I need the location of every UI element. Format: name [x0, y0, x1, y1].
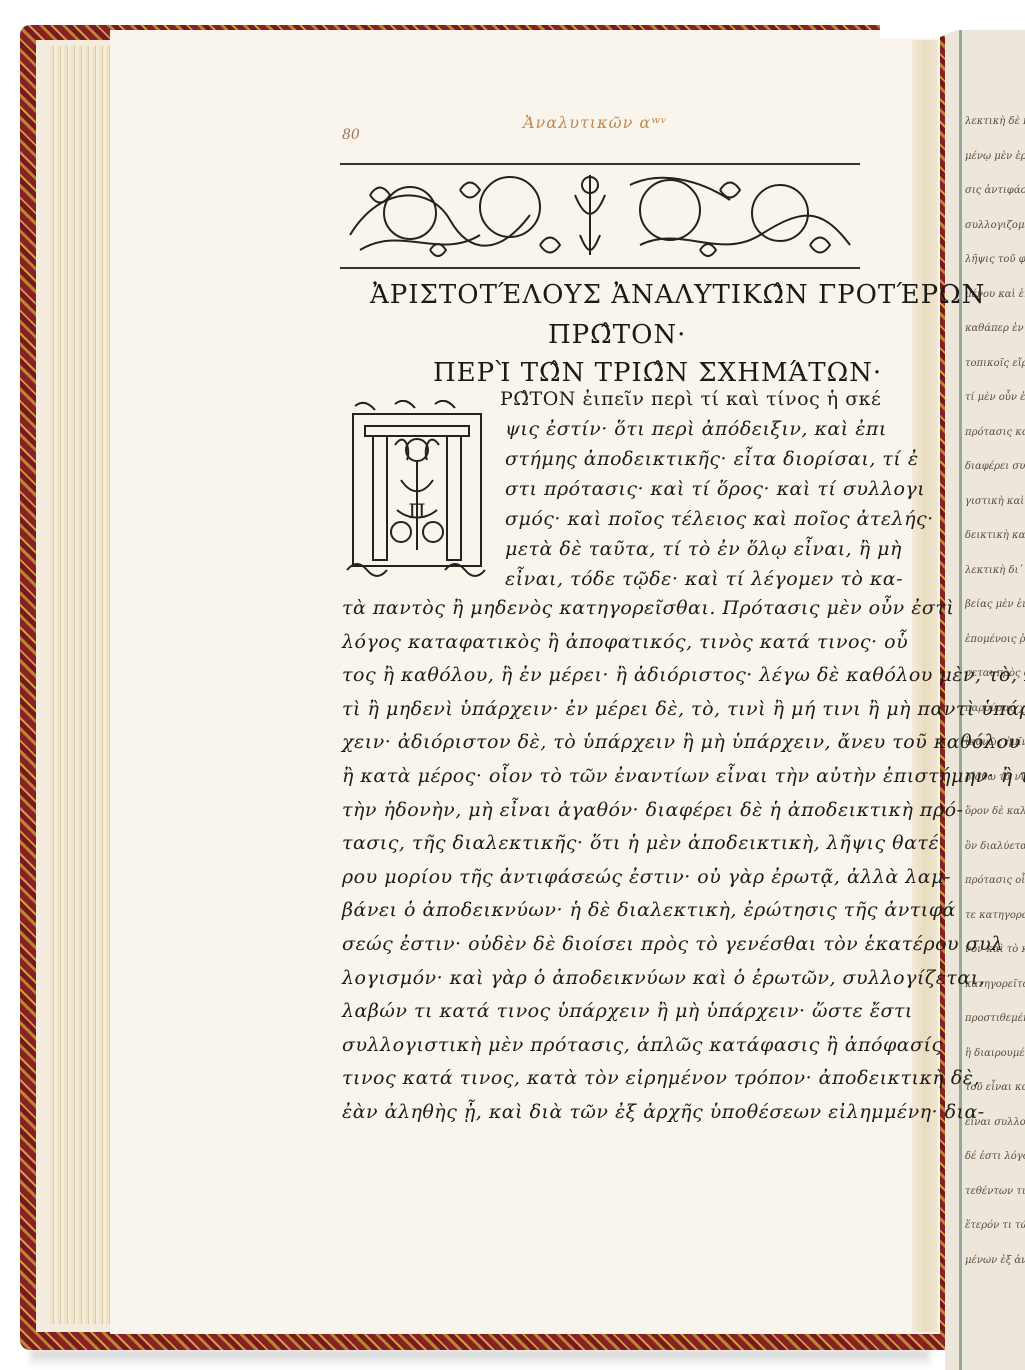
manuscript-line: πρότασις καὶ τί	[965, 416, 1025, 451]
running-head-annotation: Ἀναλυτικῶν αʷᵛ	[523, 113, 668, 132]
text-line-beside-initial: στήμης ἀποδεικτικῆς· εἶτα διορίσαι, τί ἐ	[505, 448, 919, 470]
text-line: τὶ ἢ μηδενὶ ὑπάρχειν· ἐν μέρει δὲ, τὸ, τ…	[342, 698, 1025, 720]
manuscript-line: τεθέντων τινῶν	[965, 1175, 1025, 1210]
title-line-3: ΠΕΡῚ ΤΩ̂Ν ΤΡΙΩ̂Ν ΣΧΗΜΆΤΩΝ·	[433, 358, 882, 388]
text-line: λαβών τι κατά τινος ὑπάρχειν ἢ μὴ ὑπάρχε…	[342, 1000, 913, 1022]
manuscript-line: ὅρον δὲ καλῶ εἰς	[965, 795, 1025, 830]
text-line-beside-initial: μετὰ δὲ ταῦτα, τί τὸ ἐν ὅλῳ εἶναι, ἢ μὴ	[505, 538, 902, 560]
text-line-beside-initial: σμός· καὶ ποῖος τέλειος καὶ ποῖος ἀτελής…	[505, 508, 934, 530]
decorated-initial-cherub-icon: Π	[345, 400, 493, 582]
svg-text:Π: Π	[408, 499, 425, 523]
manuscript-line: σις ἀντιφάσεως	[965, 174, 1025, 209]
text-line: συλλογιστικὴ μὲν πρότασις, ἁπλῶς κατάφασ…	[342, 1034, 943, 1056]
manuscript-line: ἑπομένοις ῥηθή	[965, 623, 1025, 658]
page-number: 80	[342, 127, 360, 143]
title-line-2: ΠΡΩ̂ΤΟΝ·	[548, 320, 686, 350]
manuscript-line: μένων ἐξ ἀνάγκης	[965, 1244, 1025, 1279]
manuscript-line: λῆψις τοῦ φαινο	[965, 243, 1025, 278]
manuscript-line: μένῳ μὲν ἐρώτη	[965, 140, 1025, 175]
text-line-beside-initial: εἶναι, τόδε τῷδε· καὶ τί λέγομεν τὸ κα-	[505, 568, 903, 590]
manuscript-line: βείας μὲν ἐν τοῖς	[965, 588, 1025, 623]
text-line: ἐὰν ἀληθὴς ᾖ, καὶ διὰ τῶν ἐξ ἀρχῆς ὑποθέ…	[342, 1101, 985, 1123]
text-line: χειν· ἀδιόριστον δὲ, τὸ ὑπάρχειν ἢ μὴ ὑπ…	[342, 731, 1021, 753]
text-line: ρου μορίου τῆς ἀντιφάσεώς ἐστιν· οὐ γὰρ …	[342, 866, 951, 888]
manuscript-line: καθάπερ ἐν τοῖς	[965, 312, 1025, 347]
text-line: τὰ παντὸς ἢ μηδενὸς κατηγορεῖσθαι. Πρότα…	[342, 597, 954, 619]
manuscript-line: συλλογιζομένῳ δὲ	[965, 209, 1025, 244]
manuscript-line: τοπικοῖς εἴρηται	[965, 347, 1025, 382]
manuscript-line: ὃν διαλύεται ἡ	[965, 830, 1025, 865]
manuscript-line: τί μὲν οὖν ἐστι	[965, 381, 1025, 416]
manuscript-line: ἕτερόν τι τῶν κει	[965, 1209, 1025, 1244]
manuscript-line: λεκτικὴ δι᾽ ἀκρι	[965, 554, 1025, 589]
text-line: ἢ κατὰ μέρος· οἷον τὸ τῶν ἐναντίων εἶναι…	[342, 765, 1025, 787]
text-line: τινος κατά τινος, κατὰ τὸν εἰρημένον τρό…	[342, 1067, 980, 1089]
floral-headpiece-icon	[340, 163, 860, 269]
text-line-beside-initial: ψις ἐστίν· ὅτι περὶ ἀπόδειξιν, καὶ ἐπι	[505, 418, 887, 440]
text-line: τασις, τῆς διαλεκτικῆς· ὅτι ἡ μὲν ἀποδει…	[342, 832, 939, 854]
text-line: λόγος καταφατικὸς ἢ ἀποφατικός, τινὸς κα…	[342, 631, 908, 653]
text-line: σεώς ἐστιν· οὐδὲν δὲ διοίσει πρὸς τὸ γεν…	[342, 933, 1004, 955]
book-shadow	[30, 1350, 930, 1368]
manuscript-line: λεκτικὴ δὲ πυνθανο	[965, 105, 1025, 140]
manuscript-line: δεικτικὴ καὶ δια	[965, 519, 1025, 554]
title-line-1: ἈΡΙΣΤΟΤΈΛΟΥΣ ἈΝΑΛΥΤΙΚΩ̂Ν ΓΡΟΤΈΡΩΝ	[370, 280, 985, 310]
text-line: βάνει ὁ ἀποδεικνύων· ἡ δὲ διαλεκτικὴ, ἐρ…	[342, 899, 956, 921]
text-line: λογισμόν· καὶ γὰρ ὁ ἀποδεικνύων καὶ ὁ ἐρ…	[342, 967, 985, 989]
manuscript-line: πρότασις οἷον τό	[965, 864, 1025, 899]
manuscript-line: γιστικὴ καὶ ἀπο	[965, 485, 1025, 520]
text-line: τὴν ἡδονὴν, μὴ εἶναι ἀγαθόν· διαφέρει δὲ…	[342, 799, 963, 821]
text-line-beside-initial: ΡΩ̂ΤΟΝ ἐιπεῖν περὶ τί καὶ τίνος ἡ σκέ	[500, 388, 881, 410]
text-line-beside-initial: στι πρότασις· καὶ τί ὅρος· καὶ τί συλλογ…	[505, 478, 925, 500]
manuscript-line: τε κατηγορούμε	[965, 899, 1025, 934]
manuscript-line: δέ ἐστι λόγος ἐν ᾧ	[965, 1140, 1025, 1175]
manuscript-line: ἢ διαιρουμένου	[965, 1037, 1025, 1072]
text-line: τος ἢ καθόλου, ἢ ἐν μέρει· ἢ ἀδιόριστος·…	[342, 664, 1025, 686]
manuscript-line: προστιθεμένου	[965, 1002, 1025, 1037]
manuscript-line: διαφέρει συλλο	[965, 450, 1025, 485]
